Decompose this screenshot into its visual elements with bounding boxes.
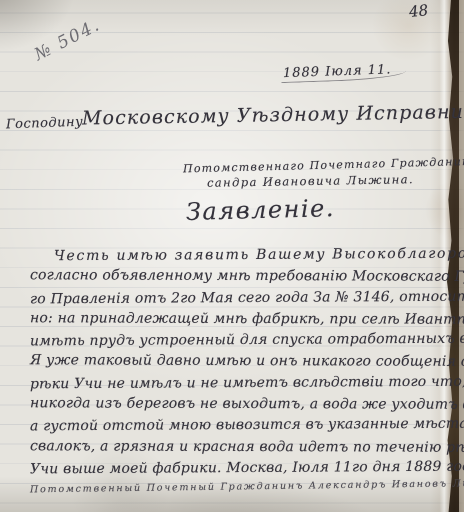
- addressee-prefix: Господину: [6, 115, 84, 133]
- document-title: Заявленіе.: [186, 194, 336, 226]
- body-line: никогда изъ береговъ не выходитъ, а вода…: [30, 393, 464, 416]
- body-line: Я уже таковый давно имѣю и онъ никакого …: [30, 351, 464, 374]
- sender-line-1: Потомственнаго Почетнаго Гражданина Алек…: [183, 154, 464, 176]
- sender-line-2: сандра Ивановича Лыжина.: [207, 172, 414, 190]
- body-text: Честь имѣю заявить Вашему Высокоблагород…: [30, 245, 464, 479]
- signature-line: Потомственный Почетный Гражданинъ Алекса…: [30, 478, 464, 496]
- registry-number: № 504.: [31, 15, 104, 65]
- body-line: Честь имѣю заявить Вашему Высокоблагород…: [30, 244, 464, 268]
- resolution-note: 1889 Іюля 11.: [281, 62, 406, 83]
- body-line: согласно объявленному мнѣ требованію Мос…: [30, 266, 464, 289]
- body-line: Учи выше моей фабрики. Москва, Іюля 11го…: [30, 457, 464, 481]
- body-line: но: на принадлежащей мнѣ фабрикѣ, при се…: [30, 308, 464, 331]
- page-number: 48: [408, 1, 429, 21]
- body-line: а густой отстой мною вывозится въ указан…: [30, 414, 464, 438]
- addressee-title: Московскому Уѣздному Исправнику: [82, 100, 464, 129]
- body-line: имѣть прудъ устроенный для спуска отрабо…: [30, 329, 464, 353]
- body-line: рѣки Учи не имѣлъ и не имѣетъ вслѣдствіи…: [30, 371, 464, 395]
- body-line: свалокъ, а грязная и красная вода идетъ …: [30, 436, 464, 459]
- manuscript-page: № 504. 48 1889 Іюля 11. Господину Москов…: [0, 0, 464, 512]
- body-line: го Правленія отъ 2го Мая сего года За № …: [30, 286, 464, 310]
